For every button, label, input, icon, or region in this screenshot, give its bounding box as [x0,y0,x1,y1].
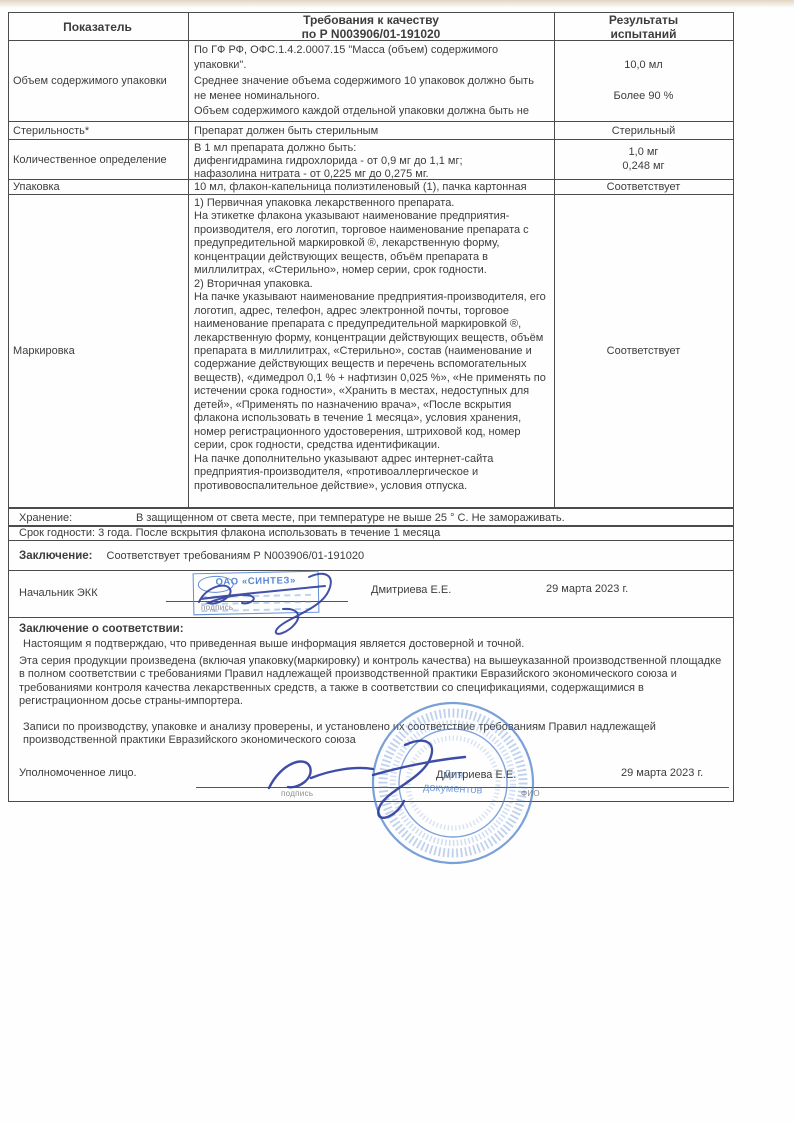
company-stamp-text: ОАО «СИНТЕЗ» [194,575,318,589]
table-row-package: Упаковка 10 мл, флакон-капельница полиэт… [9,180,733,195]
shelf-life-row: Срок годности: 3 года. После вскрытия фл… [8,525,734,541]
authorized-signature-line [196,787,729,788]
row-label-sterility: Стерильность* [9,122,189,139]
conclusion-value: Соответствует требованиям Р N003906/01-1… [107,550,365,562]
row-requirement-volume: По ГФ РФ, ОФС.1.4.2.0007.15 "Масса (объе… [189,41,555,121]
row-requirement-marking: 1) Первичная упаковка лекарственного пре… [189,195,555,507]
storage-value: В защищенном от света месте, при темпера… [136,512,565,524]
conclusion-label: Заключение: [19,550,93,562]
authorized-sign-date: 29 марта 2023 г. [621,767,703,779]
quality-certificate-document: Показатель Требования к качеству по Р N0… [0,0,794,1122]
row-result-sterility: Стерильный [555,122,733,139]
compliance-paragraph-1: Настоящим я подтверждаю, что приведенная… [19,638,723,652]
authorized-signature-caption: подпись [281,789,313,798]
table-row-volume: Объем содержимого упаковки По ГФ РФ, ОФС… [9,41,733,122]
table-row-sterility: Стерильность* Препарат должен быть стери… [9,122,733,140]
row-result-assay: 1,0 мг 0,248 мг [555,140,733,179]
stamp-illegible-line [201,601,311,605]
stamp-illegible-line [201,594,311,598]
qc-sign-date: 29 марта 2023 г. [546,583,628,595]
company-rect-stamp: ОАО «СИНТЕЗ» [193,571,320,616]
row-result-marking: Соответствует [555,195,733,507]
column-header-indicator: Показатель [9,13,189,40]
row-label-marking: Маркировка [9,195,189,507]
qc-signature-block: Начальник ЭКК подпись Дмитриева Е.Е. 29 … [8,570,734,618]
table-row-marking: Маркировка 1) Первичная упаковка лекарст… [9,195,733,507]
shelf-life-text: Срок годности: 3 года. После вскрытия фл… [19,527,440,539]
scan-artifact-band [0,0,794,8]
quality-table: Показатель Требования к качеству по Р N0… [8,12,734,508]
row-label-volume: Объем содержимого упаковки [9,41,189,121]
table-header-row: Показатель Требования к качеству по Р N0… [9,13,733,41]
row-label-package: Упаковка [9,180,189,194]
row-result-package: Соответствует [555,180,733,194]
compliance-title: Заключение о соответствии: [19,623,723,635]
row-requirement-package: 10 мл, флакон-капельница полиэтиленовый … [189,180,555,194]
compliance-paragraph-2: Эта серия продукции произведена (включая… [19,655,723,709]
authorized-signer-name: Дмитриева Е.Е. [436,769,516,781]
authorized-name-caption: ФИО [521,789,540,798]
table-row-assay: Количественное определение В 1 мл препар… [9,140,733,180]
authorized-person-role: Уполномоченное лицо. [19,767,137,779]
conclusion-row: Заключение: Соответствует требованиям Р … [8,540,734,571]
row-requirement-sterility: Препарат должен быть стерильным [189,122,555,139]
row-requirement-assay: В 1 мл препарата должно быть: дифенгидра… [189,140,555,179]
column-header-results: Результаты испытаний [555,13,733,40]
compliance-paragraph-3: Записи по производству, упаковке и анали… [19,721,723,748]
qc-signer-name: Дмитриева Е.Е. [371,584,451,596]
row-label-assay: Количественное определение [9,140,189,179]
compliance-statement-block: Заключение о соответствии: Настоящим я п… [8,617,734,802]
stamp-illegible-line [201,608,311,612]
qc-role: Начальник ЭКК [19,587,98,599]
row-result-volume: 10,0 мл Более 90 % [555,41,733,121]
column-header-requirements: Требования к качеству по Р N003906/01-19… [189,13,555,40]
storage-label: Хранение: [9,512,136,524]
